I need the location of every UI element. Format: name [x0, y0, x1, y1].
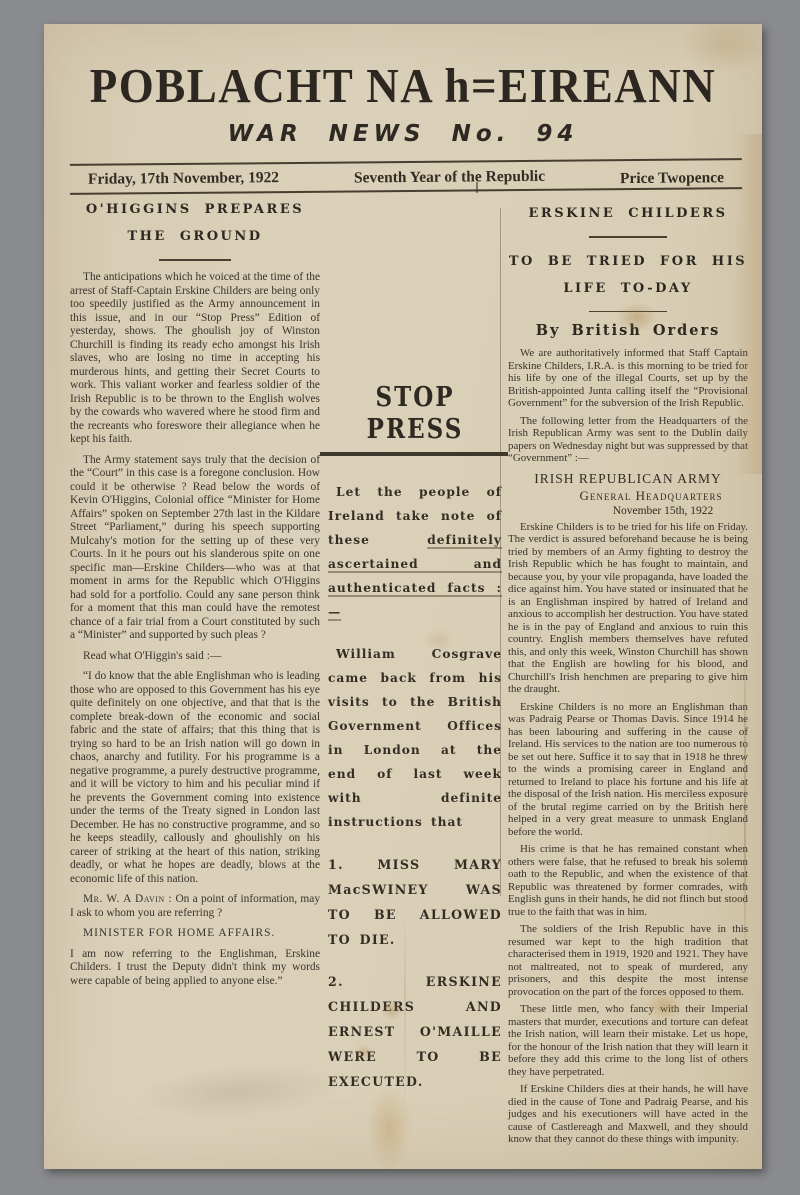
minister-reply: I am now referring to the Englishman, Er…	[70, 948, 320, 989]
ira-letter-dept: General Headquarters	[508, 488, 748, 504]
left-column: O'HIGGINS PREPARES THE GROUND The antici…	[70, 196, 320, 995]
stop-press-intro: Let the people of Ireland take note of t…	[328, 480, 502, 624]
letter-paragraph-3: His crime is that he has remained consta…	[508, 843, 748, 918]
right-column: ERSKINE CHILDERS TO BE TRIED FOR HIS LIF…	[508, 200, 748, 1151]
headline-rule	[159, 259, 231, 261]
column-rule	[500, 208, 501, 896]
stop-press-headline: STOP PRESS	[328, 381, 502, 445]
left-paragraph-2: The Army statement says truly that the d…	[70, 454, 320, 643]
masthead-title: POBLACHT NA h=EIREANN	[44, 62, 762, 111]
letter-paragraph-5: These little men, who fancy with their I…	[508, 1003, 748, 1078]
erskine-headline: TO BE TRIED FOR HIS LIFE TO-DAY	[508, 248, 748, 302]
dateline-price: Price Twopence	[620, 169, 724, 188]
right-paragraph-1: We are authoritatively informed that Sta…	[508, 347, 748, 410]
right-paragraph-2: The following letter from the Headquarte…	[508, 415, 748, 465]
ohiggins-quote-paragraph: “I do know that the able Englishman who …	[70, 670, 320, 886]
dateline-date: Friday, 17th November, 1922	[88, 169, 279, 189]
left-paragraph-1: The anticipations which he voiced at the…	[70, 271, 320, 447]
ira-letter-org: IRISH REPUBLICAN ARMY	[508, 471, 748, 487]
stop-press-lead: William Cosgrave came back from his visi…	[328, 642, 502, 834]
stop-press-item-2: 2. ERSKINE CHILDERS AND ERNEST O'MAILLE …	[328, 969, 502, 1094]
letter-paragraph-2: Erskine Childers is no more an Englishma…	[508, 701, 748, 839]
ohiggins-headline: O'HIGGINS PREPARES THE GROUND	[70, 196, 320, 250]
minister-heading: MINISTER FOR HOME AFFAIRS.	[70, 927, 320, 941]
davin-speaker: Mr. W. A Davin :	[83, 893, 172, 905]
masthead-subtitle: WAR NEWS No. 94	[44, 121, 762, 147]
stop-press-column: STOP PRESS Let the people of Ireland tak…	[328, 386, 502, 1111]
ira-letter-date: November 15th, 1922	[508, 505, 748, 517]
letter-paragraph-1: Erskine Childers is to be tried for his …	[508, 521, 748, 696]
masthead: POBLACHT NA h=EIREANN WAR NEWS No. 94	[44, 64, 762, 147]
stop-press-rule	[320, 452, 508, 456]
dateline: Friday, 17th November, 1922 Seventh Year…	[70, 158, 742, 195]
davin-interjection: Mr. W. A Davin : On a point of informati…	[70, 893, 320, 920]
letter-paragraph-4: The soldiers of the Irish Republic have …	[508, 923, 748, 998]
read-line: Read what O'Higgin's said :—	[70, 650, 320, 664]
erskine-kicker: ERSKINE CHILDERS	[508, 200, 748, 227]
page-columns: O'HIGGINS PREPARES THE GROUND The antici…	[44, 196, 762, 1168]
kicker-rule	[589, 236, 667, 238]
letter-paragraph-6: If Erskine Childers dies at their hands,…	[508, 1083, 748, 1146]
stop-press-item-1: 1. MISS MARY MacSWINEY WAS TO BE ALLOWED…	[328, 852, 502, 952]
erskine-headline-rule	[589, 311, 667, 313]
newspaper-sheet: POBLACHT NA h=EIREANN WAR NEWS No. 94 Fr…	[44, 24, 762, 1169]
stop-press-body: Let the people of Ireland take note of t…	[328, 480, 502, 1094]
dateline-edition: Seventh Year of the Republic	[354, 167, 545, 187]
photo-background: { "colors": { "background": "#8a8b8e", "…	[0, 0, 800, 1195]
byline: By British Orders	[508, 322, 748, 339]
